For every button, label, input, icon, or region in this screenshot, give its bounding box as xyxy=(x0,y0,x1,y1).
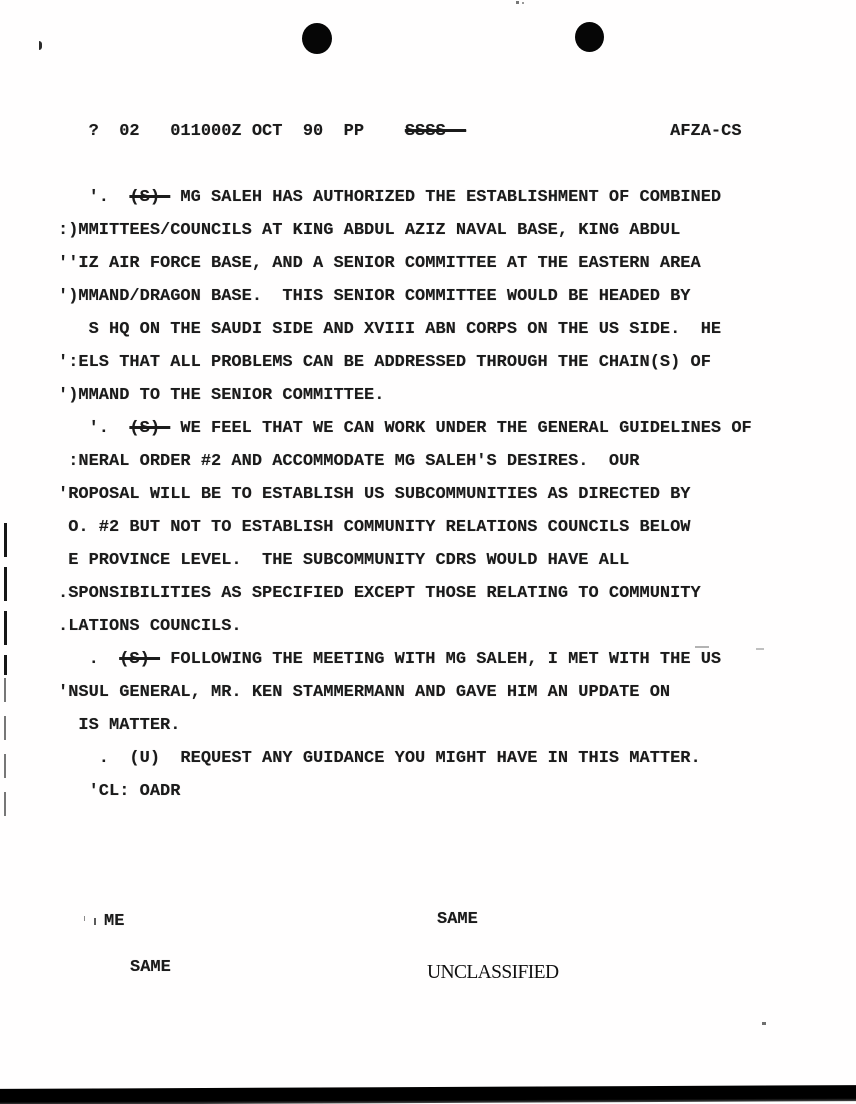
document-line xyxy=(58,148,752,181)
typed-text xyxy=(466,122,670,141)
scan-speck-icon xyxy=(522,2,524,4)
typed-text: .SPONSIBILITIES AS SPECIFIED EXCEPT THOS… xyxy=(58,584,701,603)
typed-text: ')MMAND TO THE SENIOR COMMITTEE. xyxy=(58,386,384,405)
typed-text-block: ? 02 011000Z OCT 90 PP SSSS—— AFZA-CS '.… xyxy=(58,115,752,808)
document-line: :)MMITTEES/COUNCILS AT KING ABDUL AZIZ N… xyxy=(58,214,752,247)
typed-text: FOLLOWING THE MEETING WITH MG SALEH, I M… xyxy=(160,650,721,669)
scanned-document-page: { "page": { "width": 856, "height": 1104… xyxy=(0,0,856,1104)
document-line: 'CL: OADR xyxy=(58,775,752,808)
document-line: .SPONSIBILITIES AS SPECIFIED EXCEPT THOS… xyxy=(58,577,752,610)
typed-text: E PROVINCE LEVEL. THE SUBCOMMUNITY CDRS … xyxy=(58,551,629,570)
document-line: '. (S)- MG SALEH HAS AUTHORIZED THE ESTA… xyxy=(58,181,752,214)
paper-background: ? 02 011000Z OCT 90 PP SSSS—— AFZA-CS '.… xyxy=(0,0,856,1104)
margin-dash-line xyxy=(4,523,7,675)
typed-text: 'NSUL GENERAL, MR. KEN STAMMERMANN AND G… xyxy=(58,683,670,702)
typed-text: S HQ ON THE SAUDI SIDE AND XVIII ABN COR… xyxy=(58,320,721,339)
typed-text: O. #2 BUT NOT TO ESTABLISH COMMUNITY REL… xyxy=(58,518,691,537)
document-line: E PROVINCE LEVEL. THE SUBCOMMUNITY CDRS … xyxy=(58,544,752,577)
typed-text: MG SALEH HAS AUTHORIZED THE ESTABLISHMEN… xyxy=(170,188,721,207)
document-line: '. (S)- WE FEEL THAT WE CAN WORK UNDER T… xyxy=(58,412,752,445)
document-line: . (U) REQUEST ANY GUIDANCE YOU MIGHT HAV… xyxy=(58,742,752,775)
scan-speck-icon xyxy=(39,41,42,50)
document-line: ? 02 011000Z OCT 90 PP SSSS—— AFZA-CS xyxy=(58,115,752,148)
margin-dash-line xyxy=(4,678,6,823)
typed-text: ''IZ AIR FORCE BASE, AND A SENIOR COMMIT… xyxy=(58,254,701,273)
typed-text: IS MATTER. xyxy=(58,716,180,735)
typed-text: '. xyxy=(58,188,129,207)
document-line: .LATIONS COUNCILS. xyxy=(58,610,752,643)
strikethrough-text: SSSS—— xyxy=(405,122,466,141)
typed-text: 'ROPOSAL WILL BE TO ESTABLISH US SUBCOMM… xyxy=(58,485,691,504)
document-line: IS MATTER. xyxy=(58,709,752,742)
typed-text: 'CL: OADR xyxy=(58,782,180,801)
document-line: . (S)- FOLLOWING THE MEETING WITH MG SAL… xyxy=(58,643,752,676)
document-line: ''IZ AIR FORCE BASE, AND A SENIOR COMMIT… xyxy=(58,247,752,280)
footer-same-center: SAME xyxy=(437,911,478,928)
scan-speck-icon xyxy=(762,1022,766,1025)
hole-punch-dot-right xyxy=(575,22,604,52)
document-line: 'ROPOSAL WILL BE TO ESTABLISH US SUBCOMM… xyxy=(58,478,752,511)
typed-text: AFZA-CS xyxy=(670,122,741,141)
typed-text: . (U) REQUEST ANY GUIDANCE YOU MIGHT HAV… xyxy=(58,749,701,768)
document-line: :NERAL ORDER #2 AND ACCOMMODATE MG SALEH… xyxy=(58,445,752,478)
scan-speck-icon xyxy=(84,916,85,921)
typed-text: ':ELS THAT ALL PROBLEMS CAN BE ADDRESSED… xyxy=(58,353,711,372)
document-line: ')MMAND TO THE SENIOR COMMITTEE. xyxy=(58,379,752,412)
hole-punch-dot-left xyxy=(302,23,332,54)
typed-text: :)MMITTEES/COUNCILS AT KING ABDUL AZIZ N… xyxy=(58,221,680,240)
redaction-bar xyxy=(0,1085,856,1104)
typed-text: .LATIONS COUNCILS. xyxy=(58,617,242,636)
typed-text: WE FEEL THAT WE CAN WORK UNDER THE GENER… xyxy=(170,419,752,438)
scan-speck-icon xyxy=(94,918,96,925)
typed-text: '. xyxy=(58,419,129,438)
document-line: 'NSUL GENERAL, MR. KEN STAMMERMANN AND G… xyxy=(58,676,752,709)
footer-same-partial: ME xyxy=(104,913,124,930)
strikethrough-text: (S)- xyxy=(129,188,170,207)
typed-text: :NERAL ORDER #2 AND ACCOMMODATE MG SALEH… xyxy=(58,452,640,471)
scan-speck-icon xyxy=(756,648,764,650)
document-line: O. #2 BUT NOT TO ESTABLISH COMMUNITY REL… xyxy=(58,511,752,544)
footer-same-left: SAME xyxy=(130,959,171,976)
typed-text: ? 02 011000Z OCT 90 PP xyxy=(58,122,405,141)
typed-text: ')MMAND/DRAGON BASE. THIS SENIOR COMMITT… xyxy=(58,287,691,306)
document-line: ')MMAND/DRAGON BASE. THIS SENIOR COMMITT… xyxy=(58,280,752,313)
scan-speck-icon xyxy=(516,1,519,4)
strikethrough-text: (S)- xyxy=(129,419,170,438)
classification-marking: UNCLASSIFIED xyxy=(427,963,558,983)
strikethrough-text: (S)- xyxy=(119,650,160,669)
document-line: ':ELS THAT ALL PROBLEMS CAN BE ADDRESSED… xyxy=(58,346,752,379)
document-line: S HQ ON THE SAUDI SIDE AND XVIII ABN COR… xyxy=(58,313,752,346)
typed-text: . xyxy=(58,650,119,669)
